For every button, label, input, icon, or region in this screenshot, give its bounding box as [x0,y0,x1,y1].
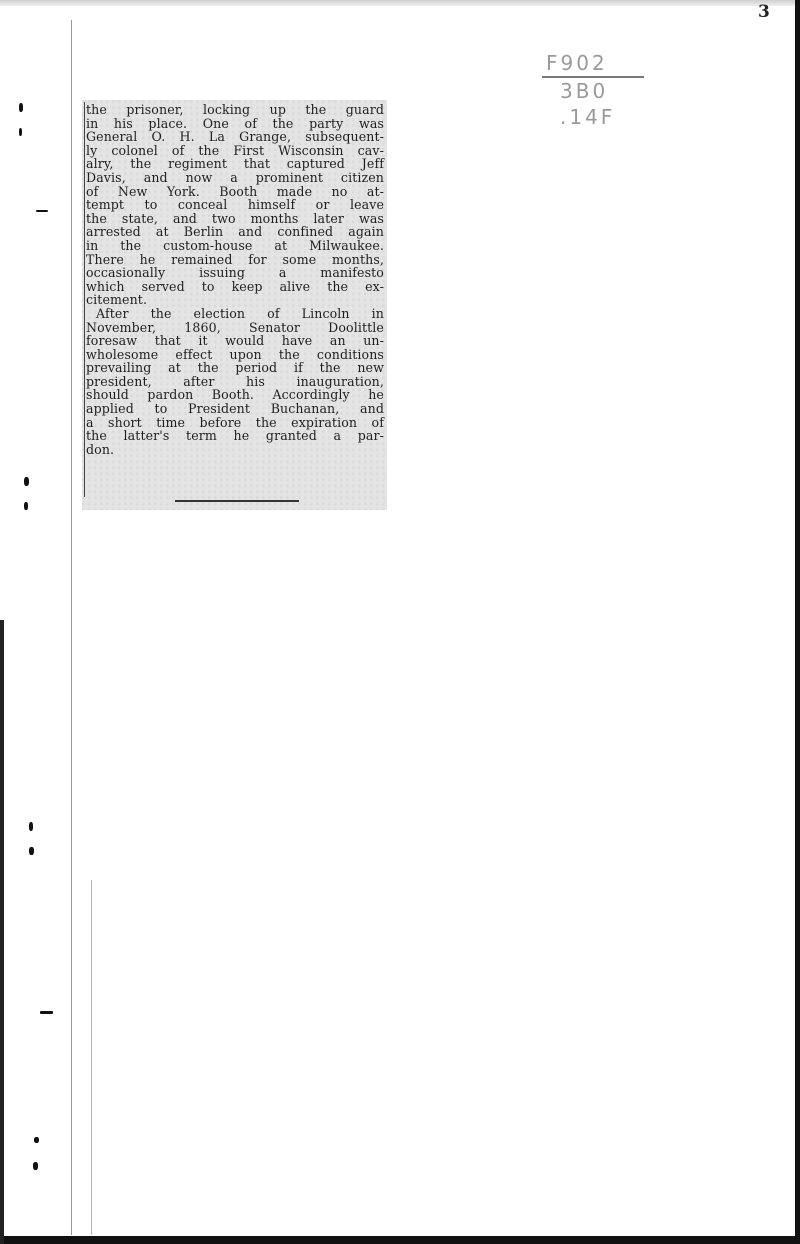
article-line: General O. H. La Grange, subsequent- [86,130,384,144]
article-line: prevailing at the period if the new [86,361,384,375]
binding-hole-mark [24,477,29,486]
article-line: arrested at Berlin and confined again [86,225,384,239]
binding-hole-mark [19,103,23,112]
article-line: the state, and two months later was [86,212,384,226]
binding-hole-mark [33,1162,38,1170]
article-end-rule [175,500,299,502]
article-line: November, 1860, Senator Doolittle [86,321,384,335]
article-line: a short time before the expiration of [86,416,384,430]
margin-dash-mark [36,210,48,212]
article-line: foresaw that it would have an un- [86,334,384,348]
article-line: ly colonel of the First Wisconsin cav- [86,144,384,158]
article-line: don. [86,443,384,457]
article-line: tempt to conceal himself or leave [86,198,384,212]
binding-hole-mark [34,1137,39,1143]
catalog-mark-line-3: .14F [542,104,644,130]
article-text: the prisoner, locking up the guardin his… [86,103,384,456]
article-line: citement. [86,293,384,307]
article-line: occasionally issuing a manifesto [86,266,384,280]
article-line: After the election of Lincoln in [86,307,384,321]
scan-border-top [0,0,800,6]
scan-border-right [795,0,800,1244]
article-line: which served to keep alive the ex- [86,280,384,294]
binding-hole-mark [24,502,28,510]
catalog-mark-line-1: F902 [542,50,644,78]
binding-hole-mark [29,847,34,855]
article-line: Davis, and now a prominent citizen [86,171,384,185]
catalog-mark: F902 3B0 .14F [542,50,644,130]
article-line: alry, the regiment that captured Jeff [86,157,384,171]
scan-border-bottom [0,1236,800,1244]
article-line: the latter's term he granted a par- [86,429,384,443]
article-line: in the custom-house at Milwaukee. [86,239,384,253]
article-line: of New York. Booth made no at- [86,185,384,199]
article-line: There he remained for some months, [86,253,384,267]
clipping-edge [84,102,85,497]
binding-hole-mark [19,128,22,136]
margin-dash-mark [40,1011,53,1014]
article-line: president, after his inauguration, [86,375,384,389]
article-line: wholesome effect upon the conditions [86,348,384,362]
article-line: the prisoner, locking up the guard [86,103,384,117]
catalog-mark-line-2: 3B0 [542,78,644,104]
article-line: applied to President Buchanan, and [86,402,384,416]
article-line: should pardon Booth. Accordingly he [86,388,384,402]
scrapbook-margin-line-secondary [91,880,92,1235]
page-number: 3 [758,2,770,22]
article-line: in his place. One of the party was [86,117,384,131]
binding-hole-mark [29,822,33,831]
scrapbook-margin-line [71,20,72,1235]
scan-border-left [0,620,4,1244]
